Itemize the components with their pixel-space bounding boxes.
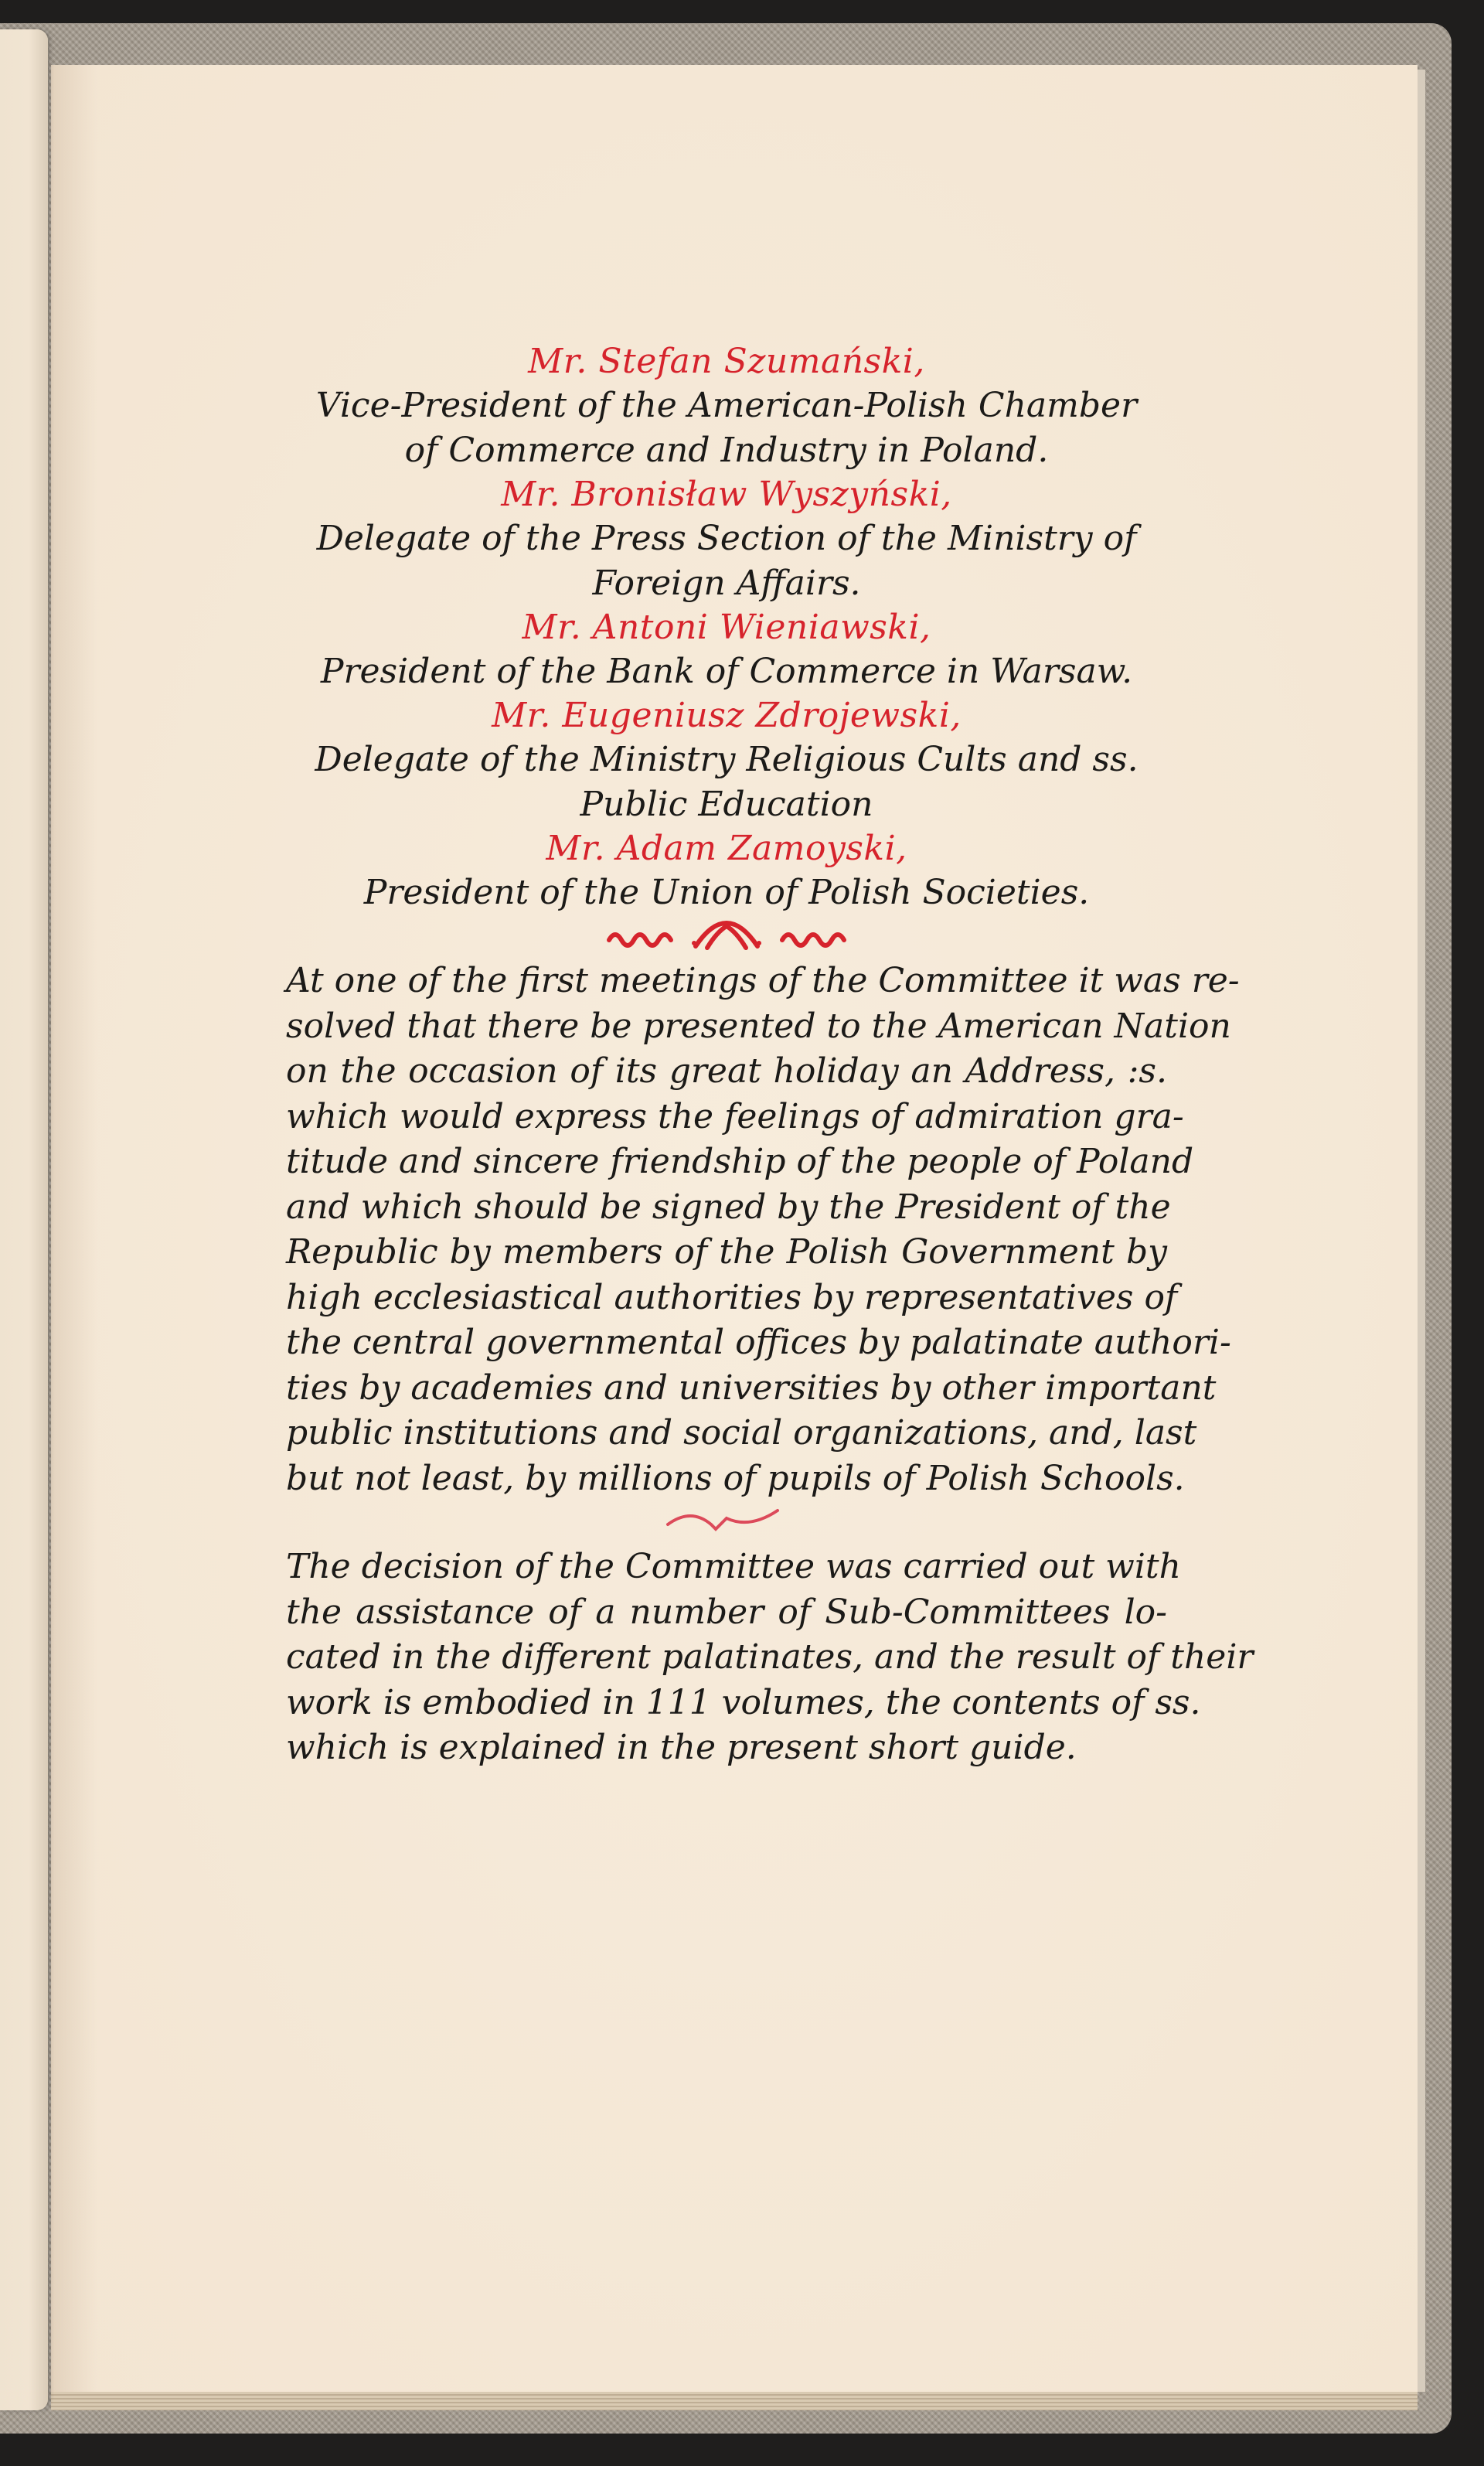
paragraph-line: high ecclesiastical authorities by repre…: [286, 1276, 1167, 1321]
paragraph-line: which is explained in the present short …: [286, 1725, 1167, 1771]
left-page-edge: [0, 29, 48, 2410]
paragraph-line: the assistance of a number of Sub-Commit…: [286, 1590, 1167, 1636]
flourish-divider-icon: [286, 917, 1167, 955]
paragraph-line: ties by academies and universities by ot…: [286, 1366, 1167, 1412]
member-title-line: President of the Union of Polish Societi…: [286, 870, 1167, 915]
committee-entry: Mr. Bronisław Wyszyński, Delegate of the…: [286, 473, 1167, 606]
paragraph-line: on the occasion of its great holiday an …: [286, 1049, 1167, 1095]
member-title-line: President of the Bank of Commerce in War…: [286, 649, 1167, 694]
swash-ornament-icon: [286, 1506, 1167, 1537]
member-name: Mr. Antoni Wieniawski,: [286, 606, 1167, 649]
paragraph-line: solved that there be presented to the Am…: [286, 1004, 1167, 1050]
paragraph-line: Republic by members of the Polish Govern…: [286, 1230, 1167, 1276]
committee-entry: Mr. Adam Zamoyski, President of the Unio…: [286, 827, 1167, 915]
paragraph-line: public institutions and social organizat…: [286, 1411, 1167, 1456]
page-content: Mr. Stefan Szumański, Vice-President of …: [286, 340, 1167, 1771]
committee-entry: Mr. Antoni Wieniawski, President of the …: [286, 606, 1167, 694]
paragraph-line: titude and sincere friendship of the peo…: [286, 1139, 1167, 1185]
member-title-line: Vice-President of the American-Polish Ch…: [286, 383, 1167, 428]
address-paragraph-2: The decision of the Committee was carrie…: [286, 1545, 1167, 1771]
member-title-line: Public Education: [286, 782, 1167, 827]
address-paragraph-1: At one of the first meetings of the Comm…: [286, 959, 1167, 1501]
committee-entry: Mr. Stefan Szumański, Vice-President of …: [286, 340, 1167, 473]
paragraph-line: and which should be signed by the Presid…: [286, 1185, 1167, 1231]
paragraph-line: cated in the different palatinates, and …: [286, 1635, 1167, 1681]
paragraph-line: which would express the feelings of admi…: [286, 1095, 1167, 1140]
paragraph-line: the central governmental offices by pala…: [286, 1320, 1167, 1366]
paragraph-line: The decision of the Committee was carrie…: [286, 1545, 1167, 1590]
member-name: Mr. Eugeniusz Zdrojewski,: [286, 694, 1167, 737]
member-title-line: of Commerce and Industry in Poland.: [286, 428, 1167, 473]
member-name: Mr. Bronisław Wyszyński,: [286, 473, 1167, 516]
page-fore-edge: [1418, 70, 1425, 2392]
member-title-line: Foreign Affairs.: [286, 561, 1167, 606]
member-name: Mr. Adam Zamoyski,: [286, 827, 1167, 870]
paragraph-line: but not least, by millions of pupils of …: [286, 1456, 1167, 1502]
member-title-line: Delegate of the Ministry Religious Cults…: [286, 737, 1167, 782]
page-bottom-edge: [51, 2392, 1418, 2410]
member-name: Mr. Stefan Szumański,: [286, 340, 1167, 383]
committee-entry: Mr. Eugeniusz Zdrojewski, Delegate of th…: [286, 694, 1167, 827]
paragraph-line: work is embodied in 111 volumes, the con…: [286, 1681, 1167, 1726]
paragraph-line: At one of the first meetings of the Comm…: [286, 959, 1167, 1004]
member-title-line: Delegate of the Press Section of the Min…: [286, 516, 1167, 561]
